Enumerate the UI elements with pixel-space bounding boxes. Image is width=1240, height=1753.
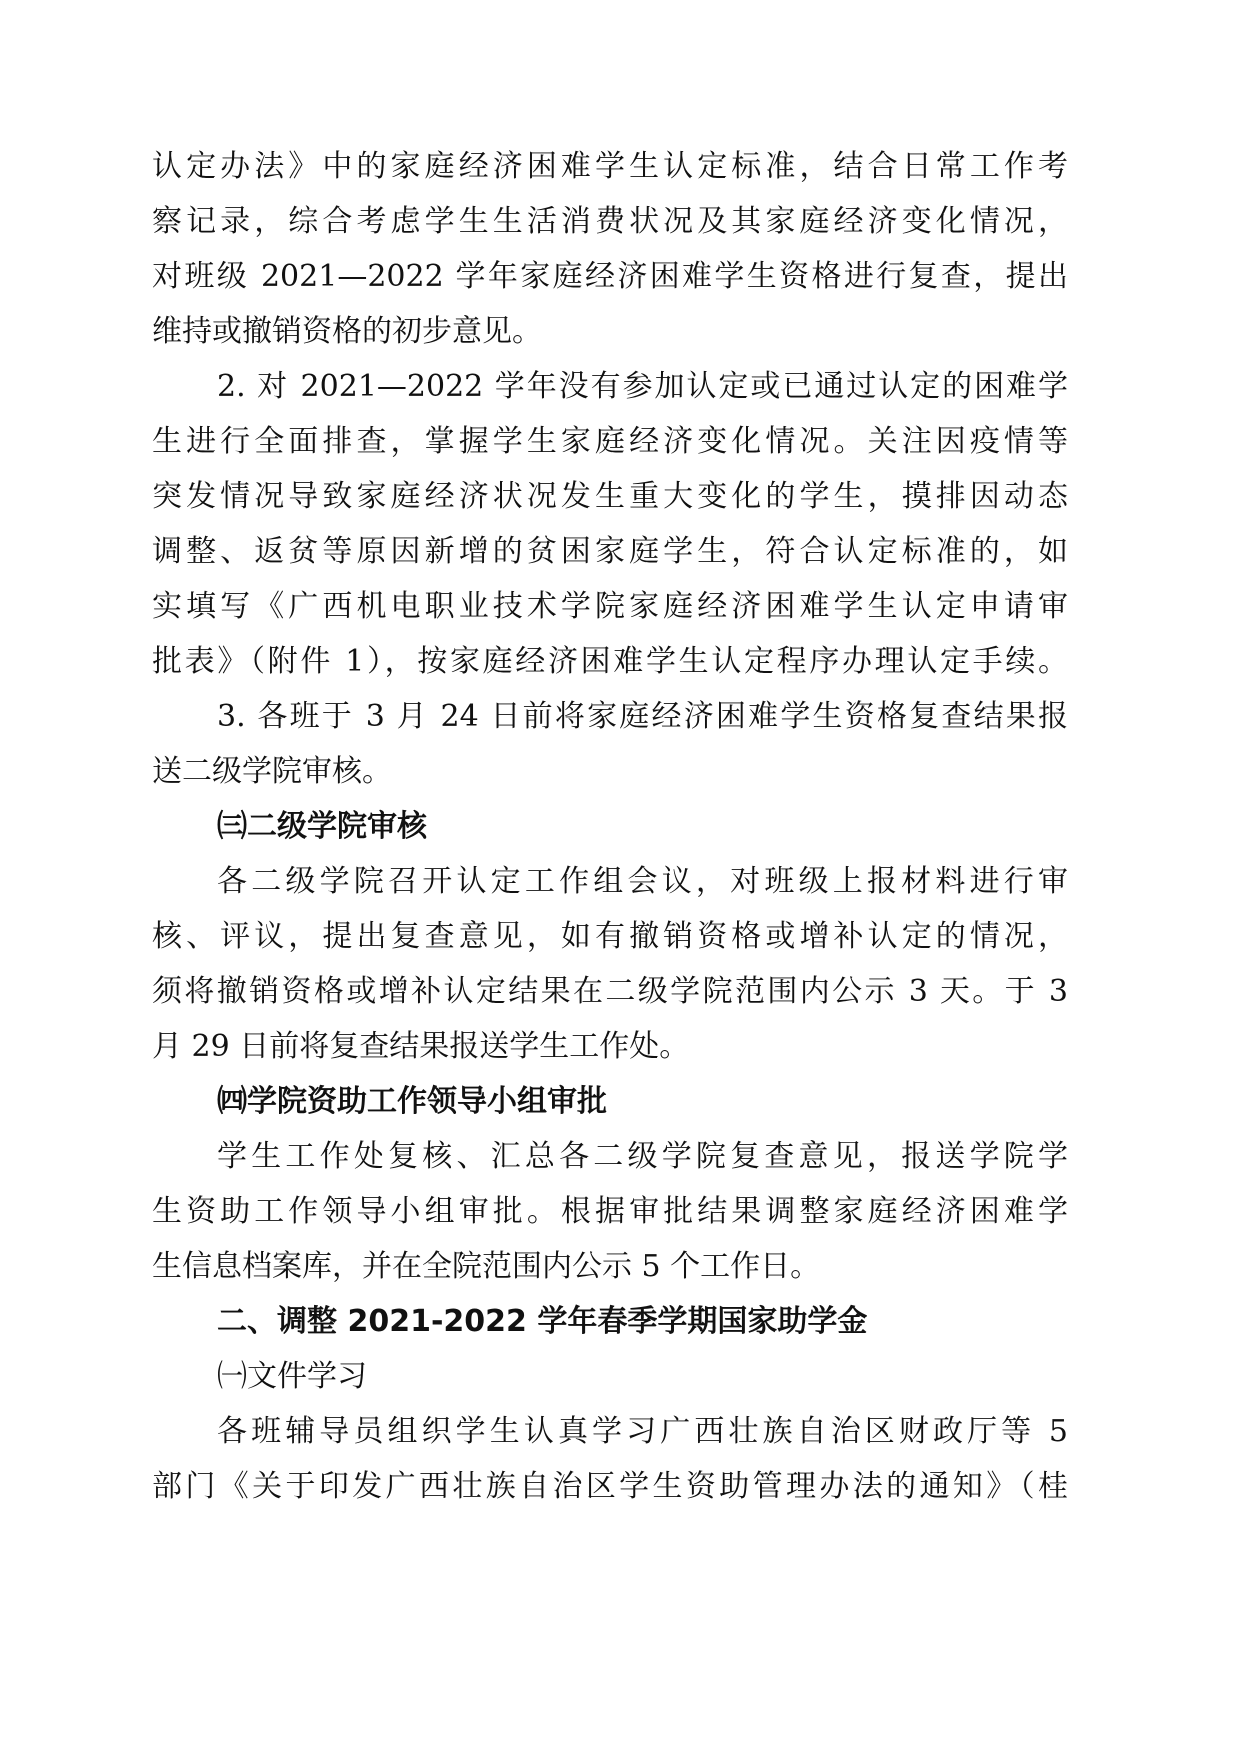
subsection-heading-1: ㈠文件学习 (152, 1354, 1068, 1409)
paragraph-line: 生信息档案库，并在全院范围内公示 5 个工作日。 (152, 1244, 1068, 1299)
paragraph-line: 各二级学院召开认定工作组会议，对班级上报材料进行审 (152, 859, 1068, 914)
paragraph-line: 实填写《广西机电职业技术学院家庭经济困难学生认定申请审 (152, 584, 1068, 639)
paragraph-line: 部门《关于印发广西壮族自治区学生资助管理办法的通知》（桂 (152, 1464, 1068, 1519)
paragraph-line: 对班级 2021—2022 学年家庭经济困难学生资格进行复查，提出 (152, 254, 1068, 309)
paragraph-line: 生资助工作领导小组审批。根据审批结果调整家庭经济困难学 (152, 1189, 1068, 1244)
document-body: 认定办法》中的家庭经济困难学生认定标准，结合日常工作考 察记录，综合考虑学生生活… (152, 144, 1068, 1519)
section-heading-3: ㈢二级学院审核 (152, 804, 1068, 859)
chapter-heading-2: 二、调整 2021-2022 学年春季学期国家助学金 (152, 1299, 1068, 1354)
paragraph-line: 认定办法》中的家庭经济困难学生认定标准，结合日常工作考 (152, 144, 1068, 199)
paragraph-line: 生进行全面排查，掌握学生家庭经济变化情况。关注因疫情等 (152, 419, 1068, 474)
section-heading-4: ㈣学院资助工作领导小组审批 (152, 1079, 1068, 1134)
paragraph-line: 月 29 日前将复查结果报送学生工作处。 (152, 1024, 1068, 1079)
paragraph-line: 突发情况导致家庭经济状况发生重大变化的学生，摸排因动态 (152, 474, 1068, 529)
paragraph-line: 3. 各班于 3 月 24 日前将家庭经济困难学生资格复查结果报 (152, 694, 1068, 749)
paragraph-line: 维持或撤销资格的初步意见。 (152, 309, 1068, 364)
document-page: 认定办法》中的家庭经济困难学生认定标准，结合日常工作考 察记录，综合考虑学生生活… (0, 0, 1240, 1753)
paragraph-line: 2. 对 2021—2022 学年没有参加认定或已通过认定的困难学 (152, 364, 1068, 419)
paragraph-line: 调整、返贫等原因新增的贫困家庭学生，符合认定标准的，如 (152, 529, 1068, 584)
paragraph-line: 学生工作处复核、汇总各二级学院复查意见，报送学院学 (152, 1134, 1068, 1189)
paragraph-line: 核、评议，提出复查意见，如有撤销资格或增补认定的情况， (152, 914, 1068, 969)
paragraph-line: 批表》（附件 1），按家庭经济困难学生认定程序办理认定手续。 (152, 639, 1068, 694)
paragraph-line: 送二级学院审核。 (152, 749, 1068, 804)
paragraph-line: 察记录，综合考虑学生生活消费状况及其家庭经济变化情况， (152, 199, 1068, 254)
paragraph-line: 须将撤销资格或增补认定结果在二级学院范围内公示 3 天。于 3 (152, 969, 1068, 1024)
paragraph-line: 各班辅导员组织学生认真学习广西壮族自治区财政厅等 5 (152, 1409, 1068, 1464)
